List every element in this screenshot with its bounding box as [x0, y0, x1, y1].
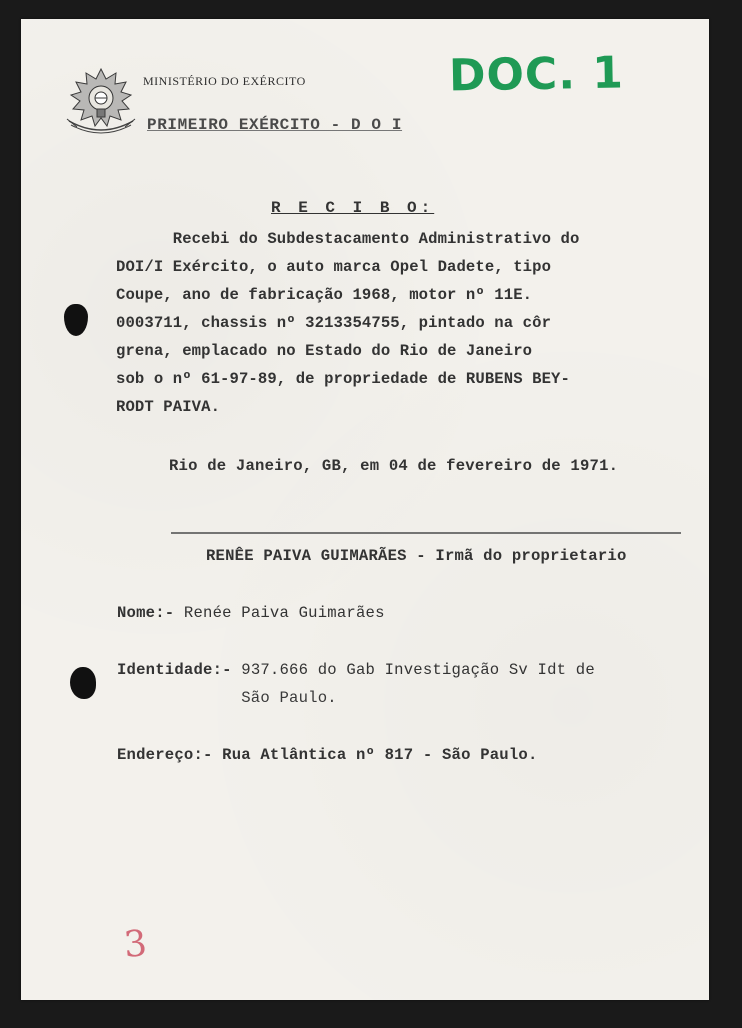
unit-heading: PRIMEIRO EXÉRCITO - D O I: [147, 116, 402, 134]
address-field-row: Endereço:- Rua Atlântica nº 817 - São Pa…: [117, 746, 538, 764]
receipt-body-line: DOI/I Exército, o auto marca Opel Dadete…: [116, 258, 551, 276]
receipt-body-line: 0003711, chassis nº 3213354755, pintado …: [116, 314, 551, 332]
receipt-body-line: sob o nº 61-97-89, de propriedade de RUB…: [116, 370, 570, 388]
identity-value: 937.666 do Gab Investigação Sv Idt de: [232, 661, 595, 679]
receipt-body-line: grena, emplacado no Estado do Rio de Jan…: [116, 342, 532, 360]
receipt-title: R E C I B O:: [271, 199, 434, 217]
receipt-body-line: Recebi do Subdestacamento Administrativo…: [116, 230, 579, 248]
faint-stamp-mark: [551, 142, 619, 150]
ministry-heading: MINISTÉRIO DO EXÉRCITO: [143, 74, 306, 89]
brazil-coat-of-arms-icon: [61, 65, 141, 137]
name-label: Nome:-: [117, 604, 174, 622]
identity-label: Identidade:-: [117, 661, 232, 679]
signature-line-divider: [171, 532, 681, 534]
punch-hole-lower: [70, 667, 96, 699]
identity-field-row: Identidade:- 937.666 do Gab Investigação…: [117, 661, 595, 679]
identity-field-continuation: São Paulo.: [117, 689, 337, 707]
place-date-line: Rio de Janeiro, GB, em 04 de fevereiro d…: [169, 457, 618, 475]
document-page: MINISTÉRIO DO EXÉRCITO PRIMEIRO EXÉRCITO…: [21, 19, 709, 1000]
address-value: Rua Atlântica nº 817 - São Paulo.: [213, 746, 538, 764]
address-label: Endereço:-: [117, 746, 213, 764]
receipt-body-line: Coupe, ano de fabricação 1968, motor nº …: [116, 286, 532, 304]
name-value: Renée Paiva Guimarães: [174, 604, 384, 622]
receipt-body-line: RODT PAIVA.: [116, 398, 220, 416]
handwritten-page-number: 3: [122, 923, 148, 966]
doc-number-stamp: DOC. 1: [449, 47, 625, 101]
signatory-heading: RENÊE PAIVA GUIMARÃES - Irmã do propriet…: [206, 547, 627, 565]
name-field-row: Nome:- Renée Paiva Guimarães: [117, 604, 385, 622]
punch-hole-upper: [64, 304, 88, 336]
